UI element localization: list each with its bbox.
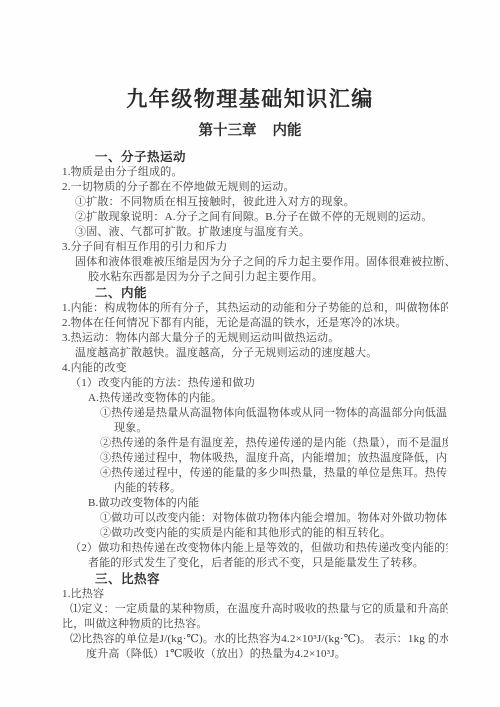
text-line: （2）做功和热传递在改变物体内能上是等效的，但做功和热传递改变内能的实质不同，前: [62, 541, 448, 556]
text-line: 2.物体在任何情况下都有内能，无论是高温的铁水，还是寒冷的冰块。: [62, 316, 448, 331]
text-line: A.热传递改变物体的内能。: [62, 391, 448, 406]
text-line: B.做功改变物体的内能: [62, 496, 448, 511]
text-line: 现象。: [62, 421, 448, 436]
text-line: 度升高（降低）1℃吸收（放出）的热量为4.2×10³J。: [62, 647, 448, 662]
chapter-title: 内能: [273, 123, 302, 139]
text-line: 温度越高扩散越快。温度越高，分子无规则运动的速度越大。: [62, 346, 448, 361]
text-line: ⑵比热容的单位是J/(kg·℃)。水的比热容为4.2×10³J/(kg·℃)。 …: [62, 632, 448, 647]
document-body: 一、分子热运动1.物质是由分子组成的。2.一切物质的分子都在不停地做无规则的运动…: [62, 149, 448, 662]
text-line: ③固、液、气都可扩散。扩散速度与温度有关。: [62, 225, 448, 240]
text-line: 1.物质是由分子组成的。: [62, 165, 448, 180]
text-line: 1.比热容: [62, 587, 448, 602]
document-title: 九年级物理基础知识汇编: [0, 0, 500, 112]
chapter-number: 第十三章: [199, 123, 257, 139]
text-line: 4.内能的改变: [62, 361, 448, 376]
text-line: 3.热运动：物体内部大量分子的无规则运动叫做热运动。: [62, 331, 448, 346]
text-line: ①扩散：不同物质在相互接触时，彼此进入对方的现象。: [62, 195, 448, 210]
text-line: 胶水粘东西都是因为分子之间引力起主要作用。: [62, 270, 448, 285]
document-page: 九年级物理基础知识汇编 第十三章内能 一、分子热运动1.物质是由分子组成的。2.…: [0, 0, 500, 707]
section-heading-3: 三、比热容: [62, 571, 448, 587]
text-line: ②热传递的条件是有温度差，热传递传递的是内能（热量），而不是温度。: [62, 436, 448, 451]
text-line: （1）改变内能的方法：热传递和做功: [62, 376, 448, 391]
text-line: ①热传递是热量从高温物体向低温物体或从同一物体的高温部分向低温部分传递的: [62, 406, 448, 421]
text-line: ②扩散现象说明：A.分子之间有间隙。B.分子在做不停的无规则的运动。: [62, 210, 448, 225]
text-line: ④热传递过程中，传递的能量的多少叫热量，热量的单位是焦耳。热传递的实质是: [62, 466, 448, 481]
text-line: ②做功改变内能的实质是内能和其他形式的能的相互转化。: [62, 526, 448, 541]
text-line: ①做功可以改变内能：对物体做功物体内能会增加。物体对外做功物体内能会减少。: [62, 511, 448, 526]
text-line: 固体和液体很难被压缩是因为分子之间的斥力起主要作用。固体很难被拉断、铅笔写字、: [62, 255, 448, 270]
text-line: 者能的形式发生了变化，后者能的形式不变，只是能量发生了转移。: [62, 556, 448, 571]
text-line: 2.一切物质的分子都在不停地做无规则的运动。: [62, 180, 448, 195]
text-line: 1.内能：构成物体的所有分子，其热运动的动能和分子势能的总和，叫做物体的内能。: [62, 301, 448, 316]
chapter-heading: 第十三章内能: [0, 122, 500, 140]
text-line: 内能的转移。: [62, 481, 448, 496]
text-line: ⑴定义：一定质量的某种物质，在温度升高时吸收的热量与它的质量和升高的温度乘积之: [62, 602, 448, 617]
text-line: 3.分子间有相互作用的引力和斥力: [62, 240, 448, 255]
section-heading-2: 二、内能: [62, 285, 448, 301]
section-heading-1: 一、分子热运动: [62, 149, 448, 165]
text-line: 比，叫做这种物质的比热容。: [62, 617, 448, 632]
text-line: ③热传递过程中，物体吸热，温度升高，内能增加；放热温度降低，内能减少。: [62, 451, 448, 466]
